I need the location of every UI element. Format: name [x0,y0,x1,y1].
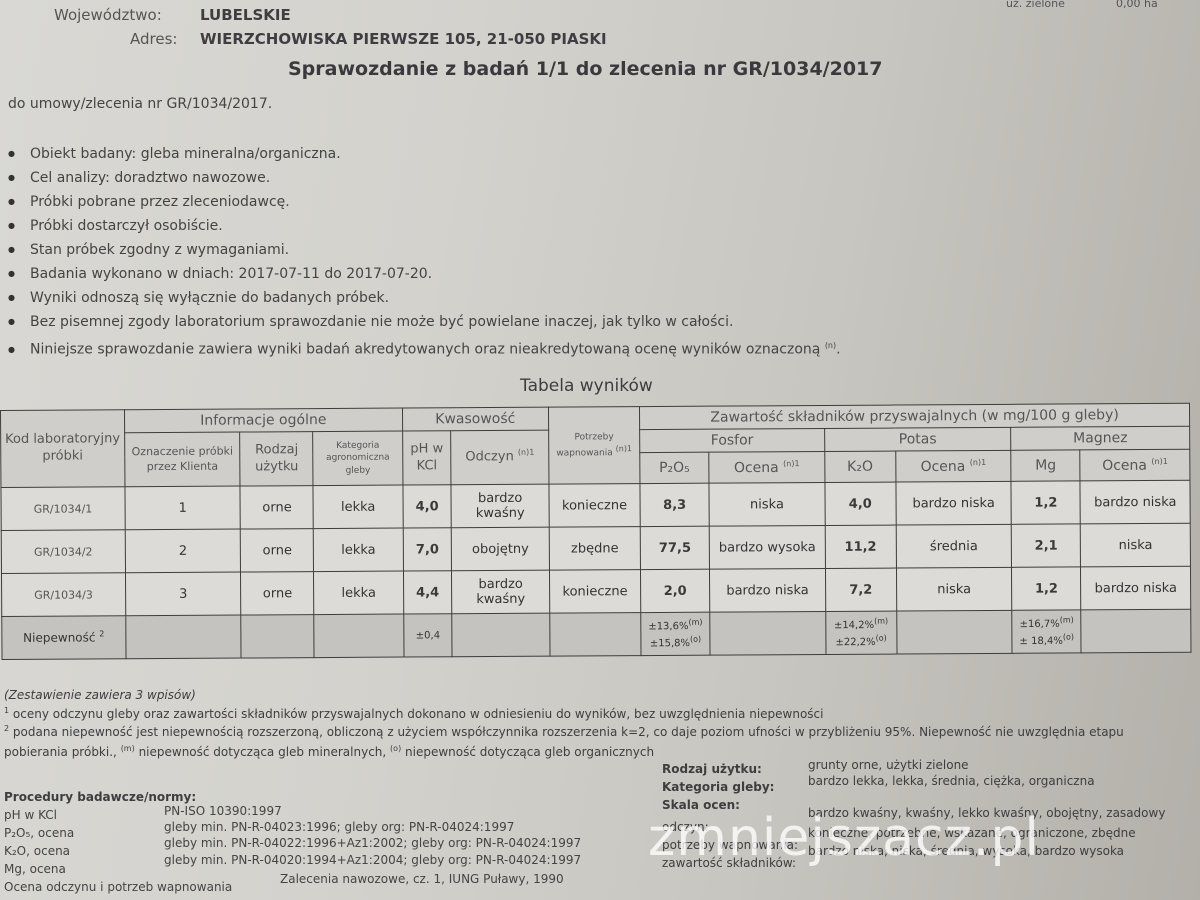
legend-soil-category-value: bardzo lekka, lekka, średnia, ciężka, or… [808,774,1095,788]
cell-ph: 4,4 [403,571,452,614]
results-table: Kod laboratoryjny próbki Informacje ogól… [0,403,1192,660]
cell-empty [314,614,404,658]
legend-land-use-value: grunty orne, użytki zielone [808,758,969,772]
header-k-rating: Ocena (n)1 [895,450,1011,482]
procedure-label: P₂O₅, ocena [4,826,74,840]
footnote-marker: 1 [4,706,9,715]
header-acidity: Kwasowość [402,407,548,431]
header-lab-code: Kod laboratoryjny próbki [1,410,125,488]
header-land-use: Rodzaj użytku [240,432,313,486]
footnote-marker: (n) [825,341,836,350]
footnote-marker: (m) [874,616,888,625]
footnote-marker: (n)1 [783,459,799,468]
cell-p2o5: 2,0 [641,569,710,612]
bullet-item: Obiekt badany: gleba mineralna/organiczn… [8,142,841,166]
footnote-1-text: oceny odczynu gleby oraz zawartości skła… [13,707,824,721]
cell-code: GR/1034/2 [1,530,125,574]
bullet-end: . [836,342,840,358]
procedure-label: K₂O, ocena [4,844,70,858]
header-mg: Mg [1011,450,1080,481]
uncertainty-organic: ± 18,4% [1019,636,1062,647]
header-ph: pH w KCl [402,431,451,485]
cell-liming: konieczne [549,484,641,528]
cell-empty [241,615,314,658]
cell-empty [126,615,242,659]
cell-p2o5-uncertainty: ±13,6%(m) ±15,8%(o) [641,612,710,655]
cell-mg: 1,2 [1012,567,1081,610]
procedure-value: gleby min. PN-R-04020:1994+Az1:2004; gle… [164,853,581,867]
procedure-label: Ocena odczynu i potrzeb wapnowania [4,880,232,894]
header-liming: Potrzeby wapnowania (n)1 [548,407,640,485]
footnote-text: niepewność dotycząca gleb organicznych [405,745,654,759]
cell-code: GR/1034/1 [1,487,125,531]
cell-reaction: bardzo kwaśny [451,484,549,528]
bullet-item: Próbki dostarczył osobiście. [8,214,841,238]
liming-label: Potrzeby wapnowania [556,433,613,458]
bullet-item: Stan próbek zgodny z wymaganiami. [8,238,841,262]
footnote-marker: (o) [690,635,701,644]
report-bullets: Obiekt badany: gleba mineralna/organiczn… [8,142,841,358]
table-title: Tabela wyników [520,376,653,396]
procedure-value: PN-ISO 10390:1997 [164,804,282,818]
uncertainty-mineral: ±16,7% [1020,619,1060,630]
bullet-item: Cel analizy: doradztwo nawozowe. [8,166,841,190]
legend-soil-category-label: Kategoria gleby: [662,780,774,794]
cell-mg-uncertainty: ±16,7%(m) ± 18,4%(o) [1012,610,1081,653]
cell-reaction: obojętny [452,527,550,571]
footnote-marker: (o) [390,744,401,753]
footnote-text: pobierania próbki., [4,745,117,759]
footnote-marker: (n)1 [616,444,632,453]
address-label: Adres: [130,30,177,48]
watermark: zmniejszacz.pl [648,808,1040,868]
cell-empty [452,613,550,657]
footnote-text: niepewność dotycząca gleb mineralnych, [139,745,387,759]
cell-empty [550,613,642,657]
table-row: GR/1034/3 3 orne lekka 4,4 bardzo kwaśny… [1,566,1190,616]
header-general-info: Informacje ogólne [124,408,402,433]
procedure-value: gleby min. PN-R-04023:1996; gleby org: P… [164,820,514,834]
cell-k-rating: średnia [896,524,1012,568]
footnote-marker: 2 [4,724,9,733]
header-reaction: Odczyn (n)1 [451,430,549,485]
cell-liming: zbędne [549,527,641,571]
entries-count-text: (Zestawienie zawiera 3 wpisów) [4,688,196,702]
bullet-item: Niniejsze sprawozdanie zawiera wyniki ba… [8,334,841,358]
legend-land-use-label: Rodzaj użytku: [662,762,762,776]
table-row: GR/1034/2 2 orne lekka 7,0 obojętny zbęd… [1,523,1190,573]
cell-k-rating: niska [896,567,1012,611]
cell-code: GR/1034/3 [1,573,125,617]
footnote-marker: (o) [1063,632,1074,641]
header-mg-rating: Ocena (n)1 [1080,449,1190,481]
cell-p2o5: 8,3 [640,483,709,526]
uncertainty-organic: ±22,2% [835,637,875,648]
cell-category: lekka [314,571,404,615]
cell-land-use: orne [241,529,314,572]
cell-empty [710,611,826,655]
footnote-marker: (m) [121,744,135,753]
cell-land-use: orne [241,572,314,615]
cell-mg: 1,2 [1011,481,1080,524]
entries-count: (Zestawienie zawiera 3 wpisów) [4,688,196,702]
cell-ph: 7,0 [403,528,452,571]
header-k2o: K₂O [824,451,895,482]
cell-empty [896,610,1012,654]
reaction-label: Odczyn [465,450,513,465]
footnote-marker: (m) [688,617,702,626]
cell-k2o: 4,0 [825,482,896,525]
rating-label: Ocena [921,458,966,474]
uncertainty-label: Niepewność [23,630,95,644]
rating-label: Ocena [734,460,779,476]
green-area-label: uż. zielone [1006,0,1065,10]
uncertainty-row: Niepewność 2 ±0,4 ±13,6%(m) ±15,8%(o) ±1… [2,609,1191,659]
header-magnesium: Magnez [1011,426,1190,450]
procedure-value: gleby min. PN-R-04022:1996+Az1:2002; gle… [164,836,581,850]
bullet-item: Wyniki odnoszą się wyłącznie do badanych… [8,286,841,310]
cell-k2o: 7,2 [825,568,896,611]
uncertainty-mineral: ±14,2% [834,620,874,631]
cell-category: lekka [314,528,404,572]
header-phosphorus: Fosfor [640,428,825,452]
cell-p-rating: niska [709,482,825,526]
header-soil-category: Kategoria agronomiczna gleby [313,431,403,486]
voivodeship-label: Województwo: [54,6,162,24]
footnote-1: 1 oceny odczynu gleby oraz zawartości sk… [4,706,823,721]
footnote-marker: 2 [99,629,104,638]
cell-mg-rating: niska [1081,523,1191,567]
cell-empty [1081,609,1191,653]
cell-p-rating: bardzo wysoka [709,525,825,569]
cell-p-rating: bardzo niska [710,568,826,612]
cell-liming: konieczne [549,570,641,614]
header-client-id: Oznaczenie próbki przez Klienta [124,432,240,487]
header-p2o5: P₂O₅ [640,452,709,483]
cell-k2o: 11,2 [825,525,896,568]
bullet-item: Bez pisemnej zgody laboratorium sprawozd… [8,310,841,334]
cell-mg-rating: bardzo niska [1081,566,1191,610]
table-row: GR/1034/1 1 orne lekka 4,0 bardzo kwaśny… [1,480,1190,530]
procedure-value: Zalecenia nawozowe, cz. 1, IUNG Puławy, … [280,872,564,886]
footnote-marker: (n)1 [1151,457,1167,466]
cell-client-id: 2 [125,529,241,573]
cell-ph-uncertainty: ±0,4 [403,614,452,657]
uncertainty-mineral: ±13,6% [648,621,688,632]
header-nutrients: Zawartość składników przyswajalnych (w m… [640,403,1190,429]
cell-mg-rating: bardzo niska [1080,480,1190,524]
header-p-rating: Ocena (n)1 [709,451,825,483]
cell-client-id: 3 [125,572,241,616]
cell-reaction: bardzo kwaśny [452,570,550,614]
bullet-text: Niniejsze sprawozdanie zawiera wyniki ba… [30,342,820,358]
footnote-marker: (n)1 [518,448,534,457]
procedure-label: pH w KCl [4,808,57,822]
uncertainty-organic: ±15,8% [650,638,690,649]
cell-uncertainty-label: Niepewność 2 [2,616,126,660]
report-title: Sprawozdanie z badań 1/1 do zlecenia nr … [288,58,882,80]
cell-k2o-uncertainty: ±14,2%(m) ±22,2%(o) [825,611,896,654]
cell-p2o5: 77,5 [640,526,709,569]
footnote-2: 2 podana niepewność jest niepewnością ro… [4,724,1124,739]
contract-line: do umowy/zlecenia nr GR/1034/2017. [8,96,272,112]
rating-label: Ocena [1102,457,1147,473]
footnote-2-continued: pobierania próbki., (m) niepewność dotyc… [4,744,654,759]
procedure-label: Mg, ocena [4,862,66,876]
cell-ph: 4,0 [403,485,452,528]
green-area-value: 0,00 ha [1116,0,1158,10]
cell-k-rating: bardzo niska [896,481,1012,525]
procedures-title: Procedury badawcze/normy: [4,790,196,804]
footnote-2-text: podana niepewność jest niepewnością rozs… [13,725,1124,739]
footnote-marker: (n)1 [970,458,986,467]
address-value: WIERZCHOWISKA PIERWSZE 105, 21-050 PIASK… [200,30,607,48]
footnote-marker: (m) [1060,615,1074,624]
cell-category: lekka [313,485,403,529]
cell-mg: 2,1 [1012,524,1081,567]
cell-land-use: orne [240,486,313,529]
bullet-item: Próbki pobrane przez zleceniodawcę. [8,190,841,214]
bullet-item: Badania wykonano w dniach: 2017-07-11 do… [8,262,841,286]
voivodeship-value: LUBELSKIE [200,6,291,24]
cell-client-id: 1 [125,486,241,530]
footnote-marker: (o) [876,634,887,643]
header-potassium: Potas [824,427,1011,451]
